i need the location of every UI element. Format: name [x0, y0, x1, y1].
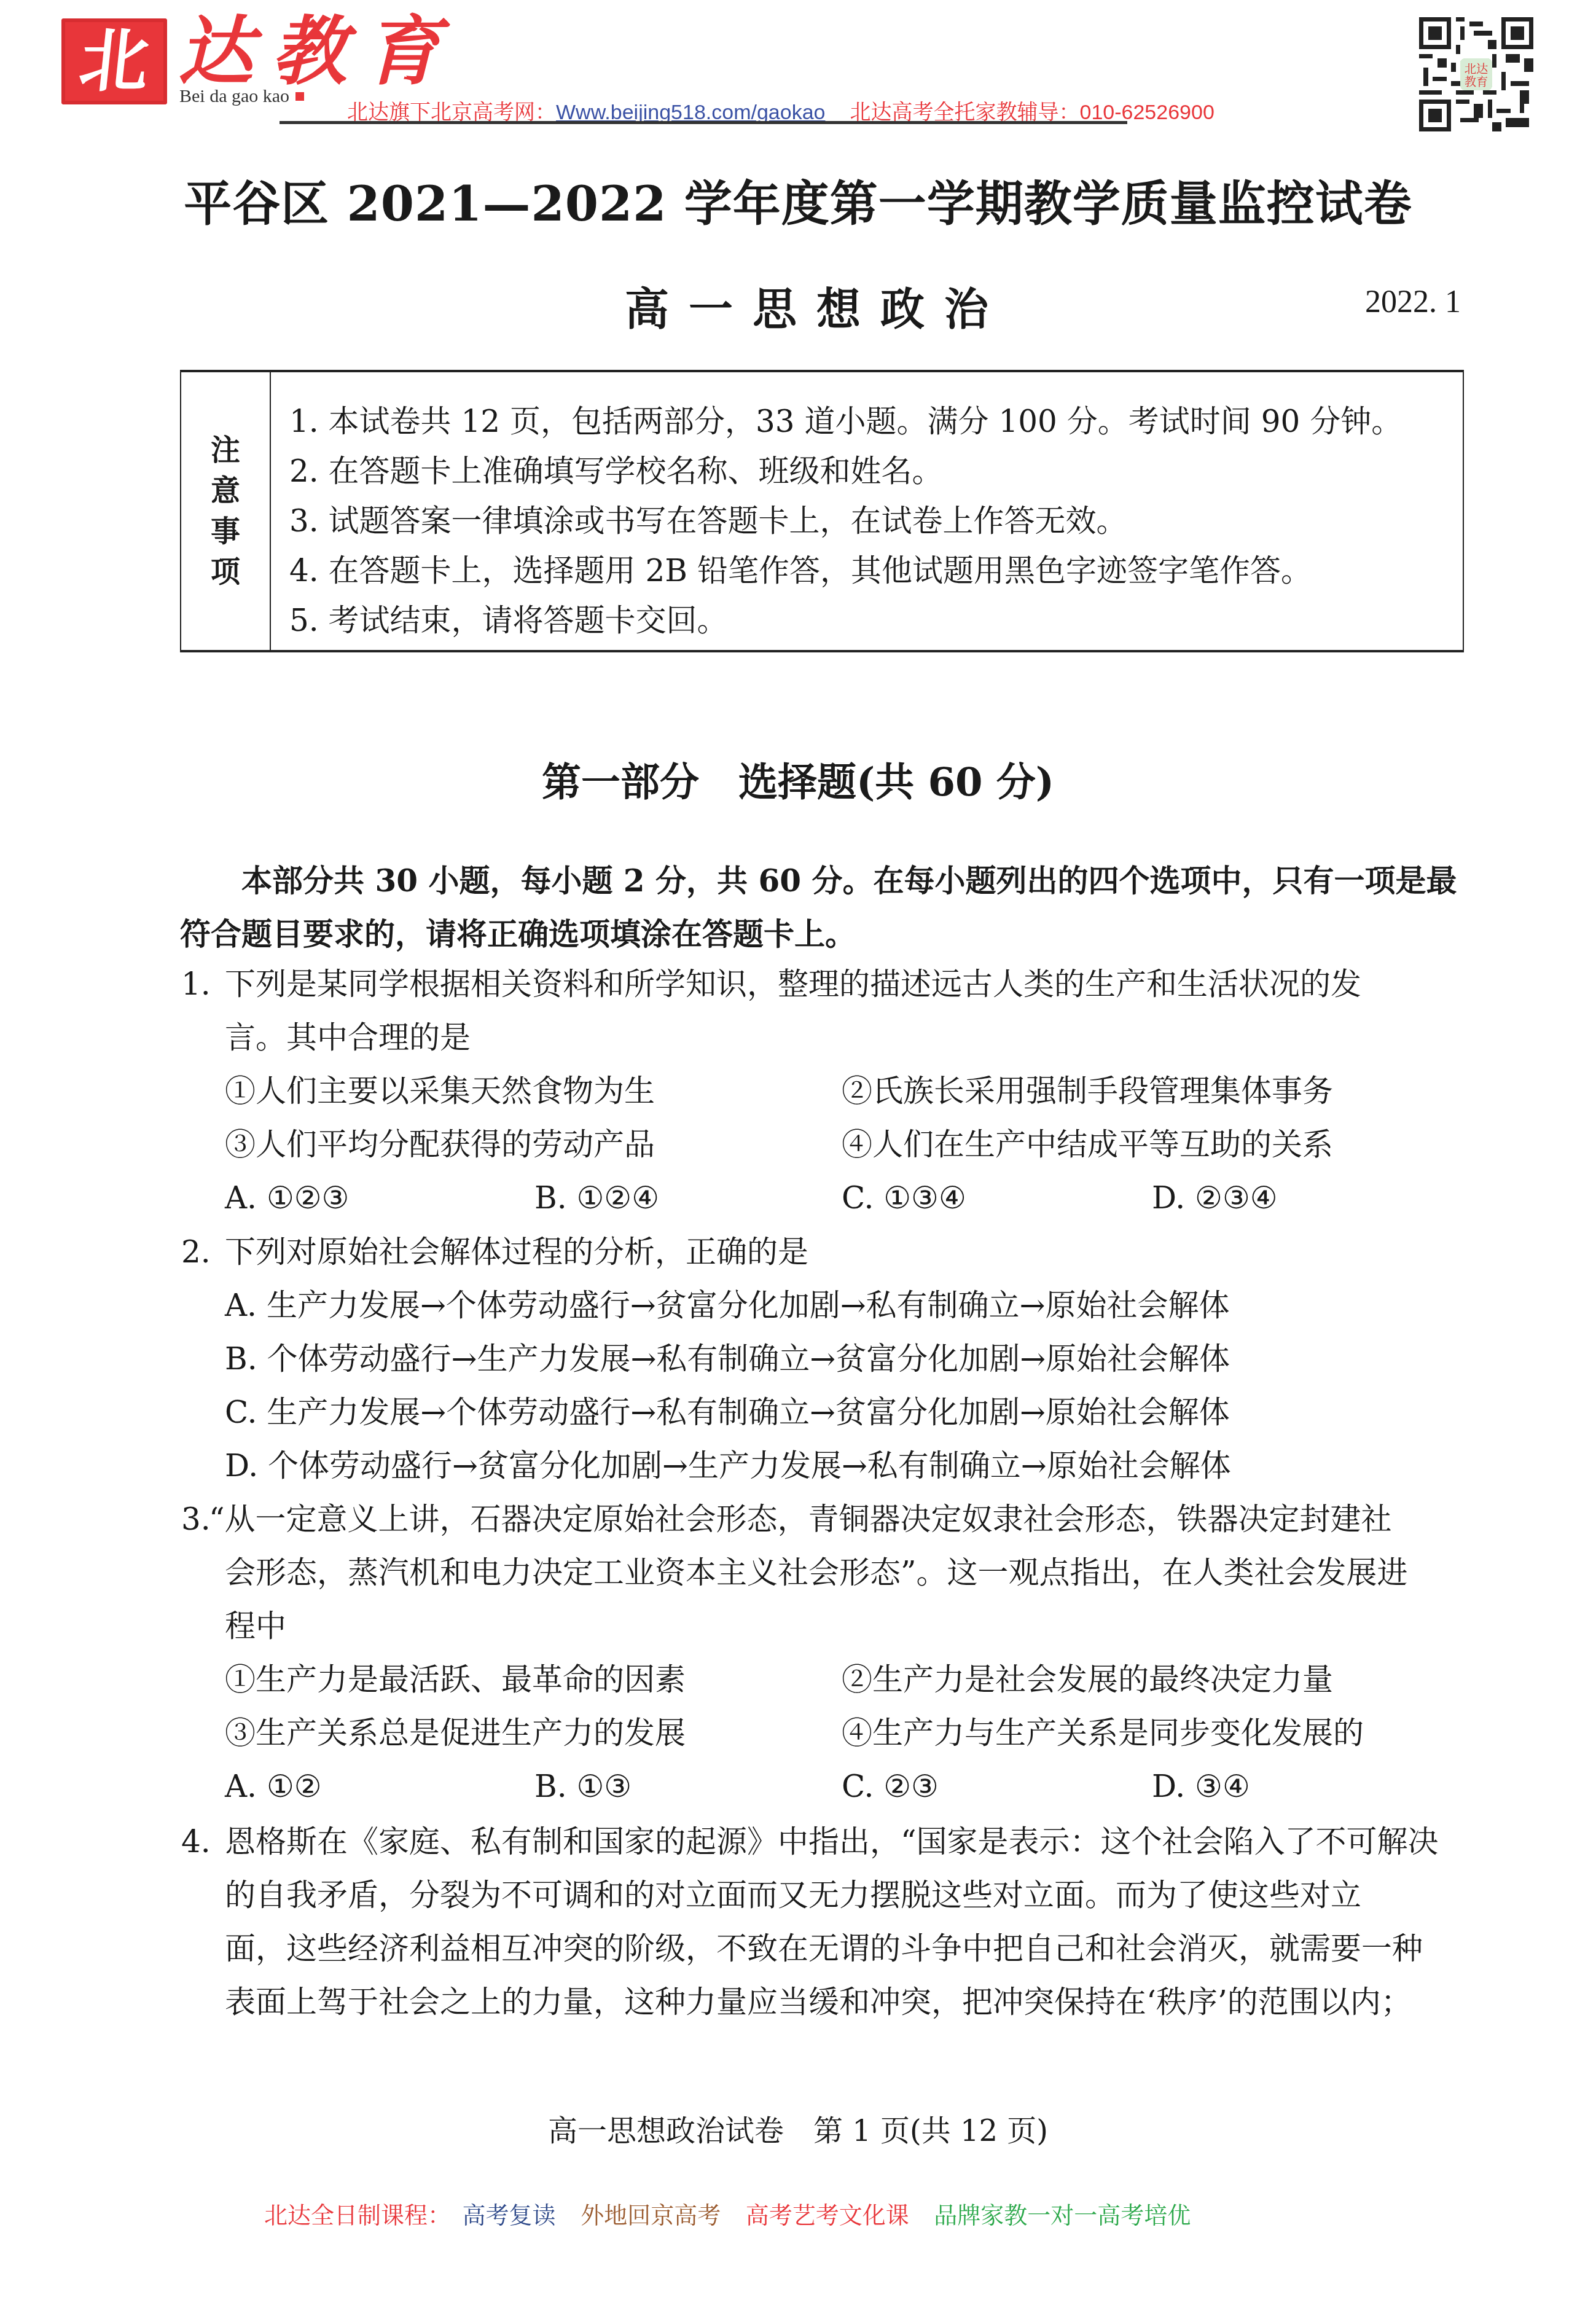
question-stem: 下列对原始社会解体过程的分析，正确的是	[225, 1234, 808, 1270]
logo-wordmark: 达教育	[178, 14, 458, 88]
notice-item: 2. 在答题卡上准确填写学校名称、班级和姓名。	[289, 447, 1402, 496]
logo-square-icon	[295, 92, 304, 101]
answer-option-c: C. 生产力发展→个体劳动盛行→私有制确立→贫富分化加剧→原始社会解体	[225, 1394, 1230, 1431]
promo-item[interactable]: 外地回京高考	[581, 2203, 721, 2229]
promo-item[interactable]: 高考复读	[463, 2203, 556, 2229]
question-stem: 下列是某同学根据相关资料和所学知识，整理的描述远古人类的生产和生活状况的发	[225, 966, 1361, 1003]
statement: ③人们平均分配获得的劳动产品	[225, 1126, 655, 1163]
notice-list: 1. 本试卷共 12 页，包括两部分，33 道小题。满分 100 分。考试时间 …	[289, 397, 1402, 646]
question-stem: 面，这些经济利益相互冲突的阶级，不致在无谓的斗争中把自己和社会消灭，就需要一种	[225, 1930, 1423, 1967]
svg-text:北达: 北达	[1465, 62, 1488, 76]
question-stem: “从一定意义上讲，石器决定原始社会形态，青铜器决定奴隶社会形态，铁器决定封建社	[209, 1501, 1392, 1538]
question-number: 1.	[181, 966, 211, 1003]
promo-item[interactable]: 高考艺考文化课	[746, 2203, 909, 2229]
statement: ①人们主要以采集天然食物为生	[225, 1073, 655, 1109]
question-stem: 恩格斯在《家庭、私有制和国家的起源》中指出，“国家是表示：这个社会陷入了不可解决	[225, 1823, 1439, 1860]
statement: ②生产力是社会发展的最终决定力量	[842, 1661, 1333, 1698]
answer-option-d: D. 个体劳动盛行→贫富分化加剧→生产力发展→私有制确立→原始社会解体	[225, 1447, 1231, 1484]
logo-subtitle: Bei da gao kao	[179, 86, 304, 107]
answer-option-b: B. 个体劳动盛行→生产力发展→私有制确立→贫富分化加剧→原始社会解体	[225, 1340, 1230, 1377]
statement: ①生产力是最活跃、最革命的因素	[225, 1661, 686, 1698]
question-number: 2.	[181, 1234, 211, 1270]
question-number: 3.	[181, 1501, 211, 1538]
question-stem: 言。其中合理的是	[225, 1019, 471, 1056]
exam-date: 2022. 1	[1365, 284, 1461, 320]
answer-option-a: A. 生产力发展→个体劳动盛行→贫富分化加剧→私有制确立→原始社会解体	[225, 1287, 1229, 1324]
answer-option-d: D. ③④	[1152, 1768, 1250, 1805]
question-stem: 会形态，蒸汽机和电力决定工业资本主义社会形态”。这一观点指出，在人类社会发展进	[225, 1554, 1408, 1591]
page-number: 高一思想政治试卷 第 1 页(共 12 页)	[0, 2107, 1596, 2149]
logo-mark: 北	[61, 18, 167, 104]
qr-code-icon[interactable]: 北达 教育	[1418, 17, 1535, 131]
question-number: 4.	[181, 1823, 211, 1860]
statement: ④生产力与生产关系是同步变化发展的	[842, 1715, 1364, 1751]
promo-item[interactable]: 品牌家教一对一高考培优	[934, 2203, 1191, 2229]
question-stem: 的自我矛盾，分裂为不可调和的对立面而又无力摆脱这些对立面。而为了使这些对立	[225, 1877, 1361, 1914]
section-instructions: 本部分共 30 小题，每小题 2 分，共 60 分。在每小题列出的四个选项中，只…	[180, 854, 1464, 961]
statement: ②氏族长采用强制手段管理集体事务	[842, 1073, 1333, 1109]
notice-item: 1. 本试卷共 12 页，包括两部分，33 道小题。满分 100 分。考试时间 …	[289, 397, 1402, 447]
notice-label: 注 意 事 项	[181, 372, 271, 650]
statement: ③生产关系总是促进生产力的发展	[225, 1715, 686, 1751]
answer-option-c: C. ①③④	[842, 1179, 966, 1216]
question-stem: 程中	[225, 1608, 286, 1645]
notice-item: 3. 试题答案一律填涂或书写在答题卡上，在试卷上作答无效。	[289, 496, 1402, 546]
notice-item: 5. 考试结束，请将答题卡交回。	[289, 596, 1402, 646]
question-stem: 表面上驾于社会之上的力量，这种力量应当缓和冲突，把冲突保持在‘秩序’的范围以内；	[225, 1984, 1412, 2020]
notice-item: 4. 在答题卡上，选择题用 2B 铅笔作答，其他试题用黑色字迹签字笔作答。	[289, 546, 1402, 596]
answer-option-a: A. ①②	[225, 1768, 322, 1805]
answer-option-d: D. ②③④	[1152, 1179, 1278, 1216]
answer-option-b: B. ①③	[534, 1768, 632, 1805]
answer-option-a: A. ①②③	[225, 1179, 349, 1216]
answer-option-b: B. ①②④	[534, 1179, 659, 1216]
answer-option-c: C. ②③	[842, 1768, 939, 1805]
section-title: 第一部分 选择题(共 60 分)	[0, 751, 1596, 807]
notice-box: 注 意 事 项 1. 本试卷共 12 页，包括两部分，33 道小题。满分 100…	[180, 370, 1464, 652]
statement: ④人们在生产中结成平等互助的关系	[842, 1126, 1333, 1163]
header-divider	[280, 121, 1127, 124]
exam-title: 平谷区 2021—2022 学年度第一学期教学质量监控试卷	[0, 166, 1596, 235]
subject-title: 高一思想政治	[0, 273, 1596, 337]
logo-char: 北	[76, 27, 152, 96]
promo-label: 北达全日制课程：	[264, 2203, 451, 2229]
promo-bar: 北达全日制课程： 高考复读 外地回京高考 高考艺考文化课 品牌家教一对一高考培优	[264, 2196, 1209, 2230]
svg-text:教育: 教育	[1465, 75, 1488, 89]
